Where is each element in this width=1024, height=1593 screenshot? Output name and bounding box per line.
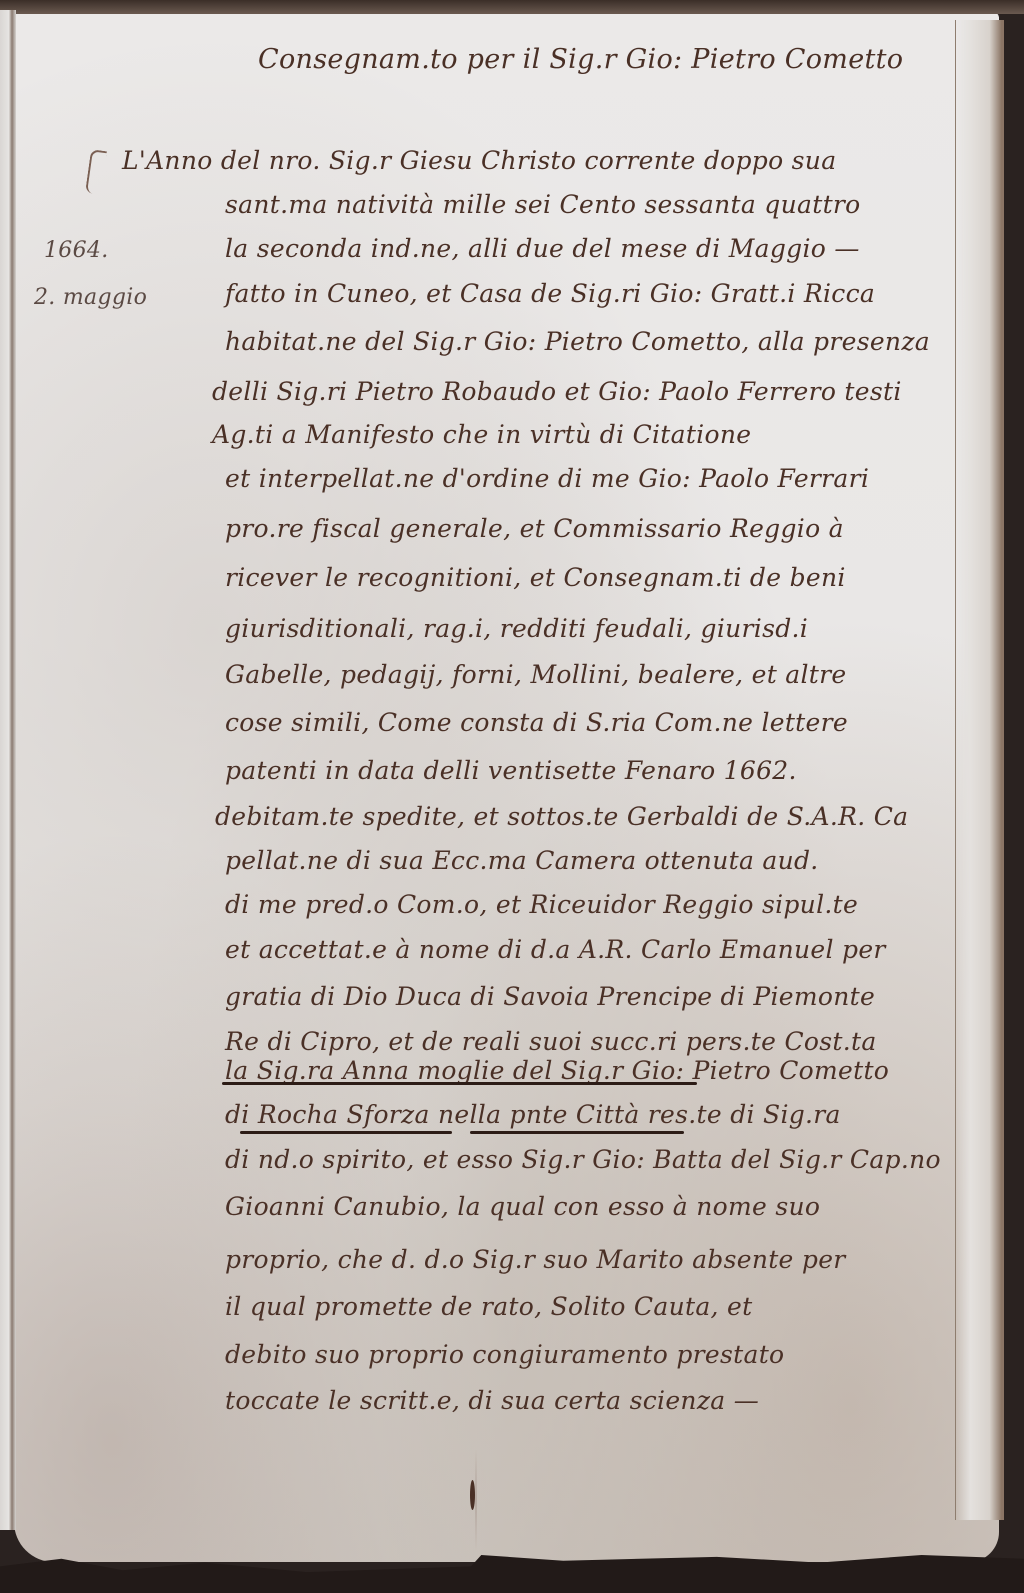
- text-line: toccate le scritt.e, di sua certa scienz…: [225, 1386, 759, 1415]
- binding-edge: [0, 10, 16, 1530]
- text-line: di me pred.o Com.o, et Riceuidor Reggio …: [225, 890, 858, 919]
- text-line: et accettat.e à nome di d.a A.R. Carlo E…: [225, 935, 886, 964]
- text-line: Re di Cipro, et de reali suoi succ.ri pe…: [225, 1027, 877, 1056]
- text-line: habitat.ne del Sig.r Gio: Pietro Cometto…: [225, 327, 930, 356]
- text-line: pro.re fiscal generale, et Commissario R…: [225, 514, 844, 543]
- text-line: cose simili, Come consta di S.ria Com.ne…: [225, 708, 848, 737]
- text-line: sant.ma natività mille sei Cento sessant…: [225, 190, 861, 219]
- text-line: pellat.ne di sua Ecc.ma Camera ottenuta …: [225, 846, 819, 875]
- right-page-edge: [955, 20, 1004, 1520]
- text-line-underlined: la Sig.ra Anna moglie del Sig.r Gio: Pie…: [225, 1056, 889, 1085]
- text-line: ricever le recognitioni, et Consegnam.ti…: [225, 563, 846, 592]
- underline-stroke: [240, 1131, 452, 1134]
- underline-stroke: [222, 1082, 697, 1085]
- manuscript-scan: Consegnam.to per il Sig.r Gio: Pietro Co…: [0, 0, 1024, 1593]
- text-line: proprio, che d. d.o Sig.r suo Marito abs…: [225, 1245, 846, 1274]
- text-line: Ag.ti a Manifesto che in virtù di Citati…: [212, 420, 751, 449]
- ink-blot: [470, 1480, 475, 1510]
- text-line: debito suo proprio congiuramento prestat…: [225, 1340, 784, 1369]
- text-line: gratia di Dio Duca di Savoia Prencipe di…: [225, 982, 875, 1011]
- margin-date: 2. maggio: [34, 285, 147, 310]
- text-line: Gabelle, pedagij, forni, Mollini, bealer…: [225, 660, 847, 689]
- fold-crease: [475, 1450, 477, 1550]
- text-line: il qual promette de rato, Solito Cauta, …: [225, 1292, 752, 1321]
- text-line: fatto in Cuneo, et Casa de Sig.ri Gio: G…: [225, 279, 875, 308]
- text-line: delli Sig.ri Pietro Robaudo et Gio: Paol…: [212, 377, 902, 406]
- text-line: giurisditionali, rag.i, redditi feudali,…: [225, 614, 808, 643]
- text-line-underlined: di Rocha Sforza nella pnte Città res.te …: [225, 1100, 841, 1129]
- text-line: et interpellat.ne d'ordine di me Gio: Pa…: [225, 464, 869, 493]
- text-line: L'Anno del nro. Sig.r Giesu Christo corr…: [122, 146, 836, 175]
- text-line: la seconda ind.ne, alli due del mese di …: [225, 234, 860, 263]
- text-line: debitam.te spedite, et sottos.te Gerbald…: [215, 802, 908, 831]
- page-heading: Consegnam.to per il Sig.r Gio: Pietro Co…: [258, 44, 903, 75]
- text-line: patenti in data delli ventisette Fenaro …: [225, 756, 797, 785]
- margin-year: 1664.: [44, 238, 108, 263]
- top-shadow: [0, 0, 1024, 14]
- underline-stroke: [470, 1131, 684, 1134]
- text-line: Gioanni Canubio, la qual con esso à nome…: [225, 1192, 820, 1221]
- text-line: di nd.o spirito, et esso Sig.r Gio: Batt…: [225, 1145, 941, 1174]
